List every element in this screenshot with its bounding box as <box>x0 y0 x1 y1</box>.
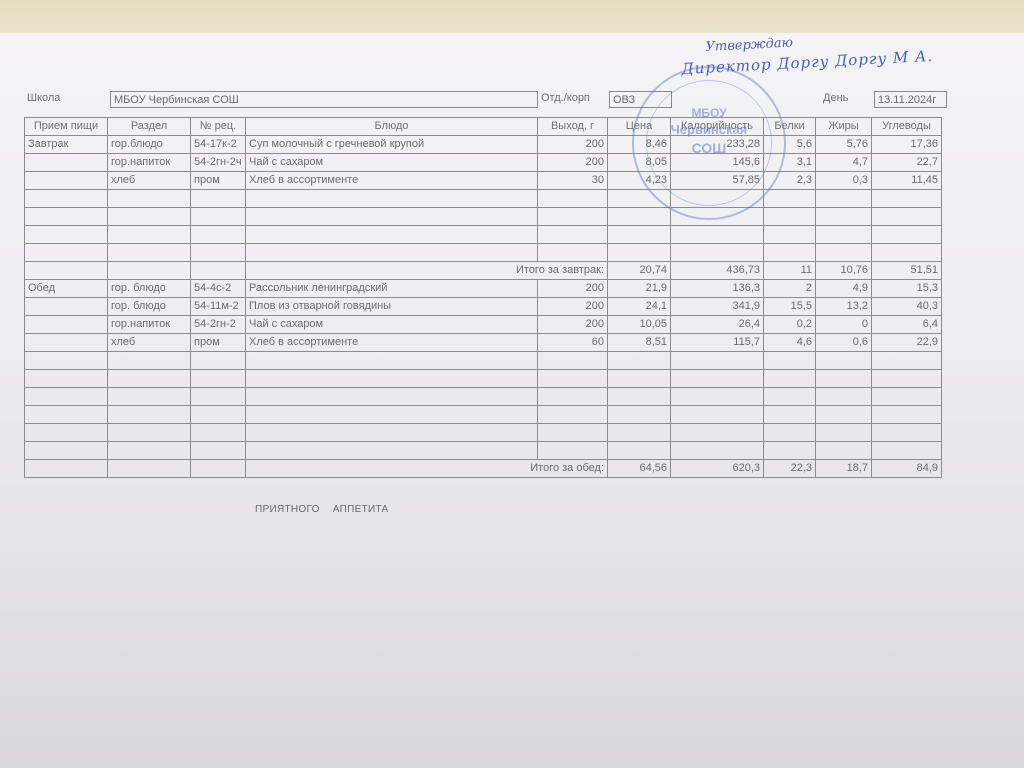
cell-section <box>108 262 191 280</box>
cell-dish: Чай с сахаром <box>246 316 538 334</box>
cell-section: гор.блюдо <box>108 136 191 154</box>
cell-carbs <box>872 424 942 442</box>
meal-cell <box>25 208 108 226</box>
cell-section <box>108 388 191 406</box>
cell-recipe <box>191 388 246 406</box>
cell-price <box>608 244 671 262</box>
cell-recipe <box>191 370 246 388</box>
cell-yield <box>538 370 608 388</box>
cell-kcal <box>671 424 764 442</box>
cell-section <box>108 352 191 370</box>
cell-yield <box>538 352 608 370</box>
cell-carbs: 11,45 <box>872 172 942 190</box>
cell-carbs: 22,7 <box>872 154 942 172</box>
cell-kcal: 145,6 <box>671 154 764 172</box>
cell-section <box>108 442 191 460</box>
cell-fat <box>816 190 872 208</box>
cell-fat <box>816 442 872 460</box>
cell-yield <box>538 406 608 424</box>
cell-carbs <box>872 226 942 244</box>
table-row: Обедгор. блюдо54-4с-2Рассольник ленингра… <box>25 280 942 298</box>
table-row: хлебпромХлеб в ассортименте304,2357,852,… <box>25 172 942 190</box>
cell-kcal <box>671 226 764 244</box>
cell-recipe <box>191 352 246 370</box>
cell-dish <box>246 424 538 442</box>
cell-protein <box>764 388 816 406</box>
cell-price <box>608 406 671 424</box>
meal-cell <box>25 154 108 172</box>
cell-carbs <box>872 244 942 262</box>
meal-cell <box>25 262 108 280</box>
cell-recipe <box>191 262 246 280</box>
cell-fat <box>816 352 872 370</box>
cell-dish: Чай с сахаром <box>246 154 538 172</box>
cell-protein <box>764 244 816 262</box>
cell-price: 8,05 <box>608 154 671 172</box>
cell-yield <box>538 208 608 226</box>
cell-section <box>108 370 191 388</box>
cell-protein <box>764 424 816 442</box>
cell-price <box>608 226 671 244</box>
cell-kcal: 57,85 <box>671 172 764 190</box>
meal-name: Обед <box>25 280 108 298</box>
cell-protein: 5,6 <box>764 136 816 154</box>
column-header: Белки <box>764 118 816 136</box>
cell-recipe <box>191 406 246 424</box>
meal-cell <box>25 172 108 190</box>
cell-dish <box>246 442 538 460</box>
cell-kcal: 233,28 <box>671 136 764 154</box>
cell-recipe: 54-11м-2 <box>191 298 246 316</box>
cell-section <box>108 460 191 478</box>
cell-kcal <box>671 442 764 460</box>
cell-yield: 200 <box>538 316 608 334</box>
cell-dish: Хлеб в ассортименте <box>246 172 538 190</box>
cell-carbs <box>872 370 942 388</box>
total-label: Итого за завтрак: <box>246 262 608 280</box>
cell-yield: 200 <box>538 154 608 172</box>
cell-yield <box>538 424 608 442</box>
cell-kcal <box>671 388 764 406</box>
cell-price <box>608 208 671 226</box>
school-label: Школа <box>27 92 60 104</box>
cell-carbs: 15,3 <box>872 280 942 298</box>
cell-price <box>608 442 671 460</box>
cell-price <box>608 352 671 370</box>
table-row: гор. блюдо54-11м-2Плов из отварной говяд… <box>25 298 942 316</box>
cell-protein: 3,1 <box>764 154 816 172</box>
cell-protein: 4,6 <box>764 334 816 352</box>
total-carbs: 84,9 <box>872 460 942 478</box>
lunch-total-row: Итого за обед:64,56620,322,318,784,9 <box>25 460 942 478</box>
column-header: Блюдо <box>246 118 538 136</box>
total-carbs: 51,51 <box>872 262 942 280</box>
cell-price <box>608 190 671 208</box>
total-price: 64,56 <box>608 460 671 478</box>
cell-dish: Суп молочный с гречневой крупой <box>246 136 538 154</box>
cell-kcal <box>671 244 764 262</box>
cell-kcal: 26,4 <box>671 316 764 334</box>
cell-fat <box>816 244 872 262</box>
cell-kcal <box>671 406 764 424</box>
total-price: 20,74 <box>608 262 671 280</box>
empty-row <box>25 208 942 226</box>
cell-protein <box>764 406 816 424</box>
cell-protein <box>764 190 816 208</box>
menu-table: Прием пищиРаздел№ рец.БлюдоВыход, гЦенаК… <box>24 117 942 478</box>
empty-row <box>25 190 942 208</box>
cell-yield: 30 <box>538 172 608 190</box>
cell-price <box>608 388 671 406</box>
meal-name: Завтрак <box>25 136 108 154</box>
cell-yield <box>538 190 608 208</box>
cell-dish <box>246 406 538 424</box>
cell-fat <box>816 208 872 226</box>
cell-kcal <box>671 208 764 226</box>
meal-cell <box>25 298 108 316</box>
cell-section: гор.напиток <box>108 316 191 334</box>
cell-fat <box>816 226 872 244</box>
total-protein: 11 <box>764 262 816 280</box>
cell-carbs <box>872 406 942 424</box>
cell-carbs: 6,4 <box>872 316 942 334</box>
cell-carbs <box>872 190 942 208</box>
cell-recipe <box>191 460 246 478</box>
cell-section: хлеб <box>108 334 191 352</box>
cell-recipe: 54-17к-2 <box>191 136 246 154</box>
table-surface <box>0 0 1024 34</box>
meal-cell <box>25 226 108 244</box>
total-kcal: 436,73 <box>671 262 764 280</box>
cell-carbs: 40,3 <box>872 298 942 316</box>
cell-price: 21,9 <box>608 280 671 298</box>
column-header: № рец. <box>191 118 246 136</box>
cell-yield <box>538 226 608 244</box>
cell-recipe: 54-2гн-2ч <box>191 154 246 172</box>
empty-row <box>25 442 942 460</box>
meal-cell <box>25 244 108 262</box>
cell-section: гор.напиток <box>108 154 191 172</box>
empty-row <box>25 424 942 442</box>
cell-kcal: 115,7 <box>671 334 764 352</box>
cell-fat: 0 <box>816 316 872 334</box>
day-field: 13.11.2024г <box>874 91 947 108</box>
total-label: Итого за обед: <box>246 460 608 478</box>
breakfast-total-row: Итого за завтрак:20,74436,731110,7651,51 <box>25 262 942 280</box>
meal-cell <box>25 352 108 370</box>
cell-price: 24,1 <box>608 298 671 316</box>
cell-dish: Рассольник ленинградский <box>246 280 538 298</box>
cell-protein: 0,2 <box>764 316 816 334</box>
cell-dish <box>246 244 538 262</box>
cell-section: гор. блюдо <box>108 280 191 298</box>
empty-row <box>25 388 942 406</box>
cell-fat: 0,3 <box>816 172 872 190</box>
cell-recipe <box>191 424 246 442</box>
total-protein: 22,3 <box>764 460 816 478</box>
cell-yield: 200 <box>538 280 608 298</box>
column-header: Калорийность <box>671 118 764 136</box>
dept-label: Отд./корп <box>541 92 590 104</box>
column-header: Раздел <box>108 118 191 136</box>
cell-protein <box>764 442 816 460</box>
cell-section <box>108 190 191 208</box>
meal-cell <box>25 370 108 388</box>
total-kcal: 620,3 <box>671 460 764 478</box>
cell-price <box>608 370 671 388</box>
cell-carbs: 22,9 <box>872 334 942 352</box>
cell-protein: 15,5 <box>764 298 816 316</box>
cell-recipe <box>191 442 246 460</box>
cell-section <box>108 226 191 244</box>
cell-protein <box>764 352 816 370</box>
cell-recipe <box>191 244 246 262</box>
column-header: Прием пищи <box>25 118 108 136</box>
cell-fat <box>816 388 872 406</box>
cell-fat <box>816 406 872 424</box>
cell-yield: 60 <box>538 334 608 352</box>
cell-kcal: 341,9 <box>671 298 764 316</box>
cell-dish <box>246 208 538 226</box>
table-row: хлебпромХлеб в ассортименте608,51115,74,… <box>25 334 942 352</box>
table-row: гор.напиток54-2гн-2чЧай с сахаром2008,05… <box>25 154 942 172</box>
cell-dish: Плов из отварной говядины <box>246 298 538 316</box>
empty-row <box>25 226 942 244</box>
empty-row <box>25 406 942 424</box>
meal-cell <box>25 316 108 334</box>
school-field: МБОУ Чербинская СОШ <box>110 91 538 108</box>
cell-carbs <box>872 388 942 406</box>
cell-fat: 4,7 <box>816 154 872 172</box>
cell-fat <box>816 370 872 388</box>
cell-yield: 200 <box>538 298 608 316</box>
cell-protein <box>764 370 816 388</box>
cell-recipe: 54-2гн-2 <box>191 316 246 334</box>
cell-protein: 2 <box>764 280 816 298</box>
cell-recipe: 54-4с-2 <box>191 280 246 298</box>
cell-section <box>108 424 191 442</box>
cell-carbs <box>872 352 942 370</box>
cell-recipe <box>191 226 246 244</box>
empty-row <box>25 370 942 388</box>
cell-yield <box>538 442 608 460</box>
cell-kcal <box>671 352 764 370</box>
cell-yield: 200 <box>538 136 608 154</box>
cell-yield <box>538 388 608 406</box>
cell-recipe <box>191 208 246 226</box>
meal-cell <box>25 334 108 352</box>
cell-dish <box>246 226 538 244</box>
total-fat: 18,7 <box>816 460 872 478</box>
cell-price: 8,46 <box>608 136 671 154</box>
meal-cell <box>25 190 108 208</box>
cell-dish <box>246 370 538 388</box>
cell-carbs <box>872 208 942 226</box>
cell-kcal: 136,3 <box>671 280 764 298</box>
meal-cell <box>25 424 108 442</box>
cell-dish: Хлеб в ассортименте <box>246 334 538 352</box>
cell-price <box>608 424 671 442</box>
cell-fat: 0,6 <box>816 334 872 352</box>
cell-recipe <box>191 190 246 208</box>
cell-recipe: пром <box>191 172 246 190</box>
empty-row <box>25 244 942 262</box>
footer-note: ПРИЯТНОГО АППЕТИТА <box>255 504 389 515</box>
cell-section <box>108 208 191 226</box>
cell-fat <box>816 424 872 442</box>
cell-dish <box>246 190 538 208</box>
cell-section <box>108 244 191 262</box>
table-row: Завтракгор.блюдо54-17к-2Суп молочный с г… <box>25 136 942 154</box>
column-header: Цена <box>608 118 671 136</box>
total-fat: 10,76 <box>816 262 872 280</box>
empty-row <box>25 352 942 370</box>
cell-fat: 13,2 <box>816 298 872 316</box>
cell-protein <box>764 208 816 226</box>
cell-carbs <box>872 442 942 460</box>
column-header: Выход, г <box>538 118 608 136</box>
cell-kcal <box>671 370 764 388</box>
day-label: День <box>823 92 848 104</box>
column-header: Углеводы <box>872 118 942 136</box>
cell-fat: 4,9 <box>816 280 872 298</box>
cell-kcal <box>671 190 764 208</box>
cell-protein <box>764 226 816 244</box>
cell-price: 10,05 <box>608 316 671 334</box>
dept-field: ОВЗ <box>609 91 672 108</box>
cell-dish <box>246 388 538 406</box>
cell-price: 8,51 <box>608 334 671 352</box>
cell-section: гор. блюдо <box>108 298 191 316</box>
cell-dish <box>246 352 538 370</box>
cell-fat: 5,76 <box>816 136 872 154</box>
meal-cell <box>25 442 108 460</box>
cell-section <box>108 406 191 424</box>
cell-protein: 2,3 <box>764 172 816 190</box>
cell-section: хлеб <box>108 172 191 190</box>
meal-cell <box>25 388 108 406</box>
meal-cell <box>25 460 108 478</box>
meal-cell <box>25 406 108 424</box>
column-header: Жиры <box>816 118 872 136</box>
table-row: гор.напиток54-2гн-2Чай с сахаром20010,05… <box>25 316 942 334</box>
cell-price: 4,23 <box>608 172 671 190</box>
cell-carbs: 17,36 <box>872 136 942 154</box>
table-header-row: Прием пищиРаздел№ рец.БлюдоВыход, гЦенаК… <box>25 118 942 136</box>
cell-recipe: пром <box>191 334 246 352</box>
cell-yield <box>538 244 608 262</box>
